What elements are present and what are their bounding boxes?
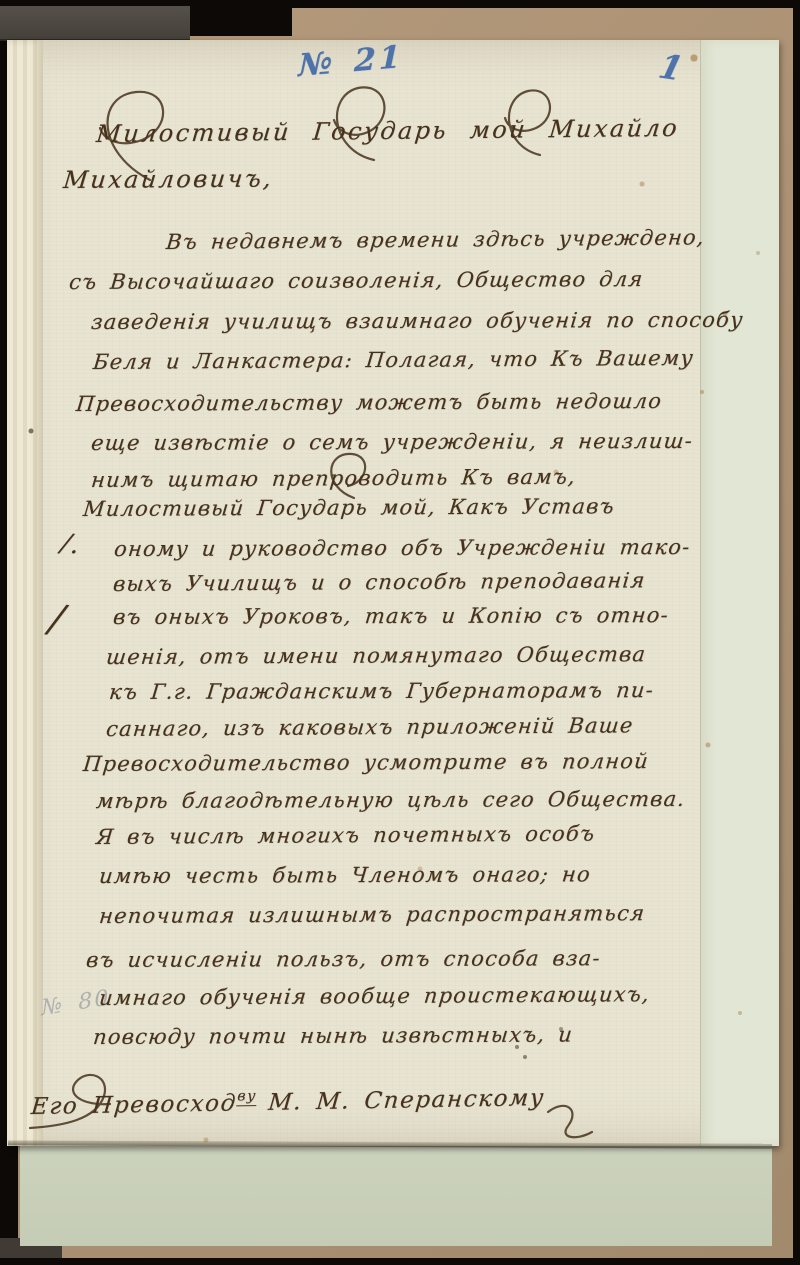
handwriting-line: мѣрѣ благодѣтельную цѣль сего Общества. <box>95 787 687 813</box>
under-page <box>20 1146 772 1246</box>
handwriting-line: непочитая излишнымъ распространяться <box>98 901 646 928</box>
handwriting-line: заведенія училищъ взаимнаго обученія по … <box>90 308 745 334</box>
handwriting-line: Милостивый Государь мой, Какъ Уставъ <box>82 494 616 521</box>
handwriting-line: еще извѣстіе о семъ учрежденіи, я неизли… <box>90 429 694 455</box>
handwriting-line: въ исчисленіи пользъ, отъ способа вза- <box>85 946 602 972</box>
paper-stains <box>0 0 2 2</box>
handwriting-line: нимъ щитаю препроводить Къ вамъ, <box>90 465 577 492</box>
salutation-line: Михайловичъ, <box>62 165 275 194</box>
addressee-prefix: Его Превосход <box>30 1090 238 1120</box>
scanned-letter-photo: № 21 1 № 80 /. / Милостивый Государь мой… <box>0 0 800 1265</box>
handwriting-line: съ Высочайшаго соизволенія, Общество для <box>68 267 645 294</box>
handwriting-line: Превосходительство усмотрите въ полной <box>82 749 650 776</box>
handwriting-line: Превосходительству можетъ быть недошло <box>75 389 663 416</box>
handwriting-line: оному и руководство объ Учрежденіи тако- <box>113 535 692 561</box>
handwriting-line: къ Г.г. Гражданскимъ Губернаторамъ пи- <box>108 678 655 704</box>
handwriting-line: выхъ Училищъ и о способѣ преподаванія <box>112 568 647 596</box>
addressee-name: М. М. Сперанскому <box>267 1085 546 1116</box>
handwriting-line: имнаго обученія вообще проистекающихъ, <box>98 982 651 1010</box>
page-binding-edge <box>7 40 43 1146</box>
page-crease <box>700 40 779 1146</box>
handwriting-line: повсюду почти нынѣ извѣстныхъ, и <box>92 1022 574 1049</box>
addressee-superscript: ву <box>237 1088 258 1106</box>
handwriting-line: въ оныхъ Уроковъ, такъ и Копію съ отно- <box>112 603 670 629</box>
book-spine-top <box>0 6 190 41</box>
handwriting-line: Я въ числѣ многихъ почетныхъ особъ <box>95 822 596 849</box>
handwriting-line: саннаго, изъ каковыхъ приложеній Ваше <box>105 713 635 741</box>
handwriting-line: шенія, отъ имени помянутаго Общества <box>105 642 647 669</box>
handwriting-line: имѣю честь быть Членомъ онаго; но <box>98 862 592 888</box>
handwriting-line: Беля и Ланкастера: Полагая, что Къ Вашем… <box>92 346 695 374</box>
handwriting-line: Въ недавнемъ времени здѣсь учреждено, <box>165 225 706 254</box>
